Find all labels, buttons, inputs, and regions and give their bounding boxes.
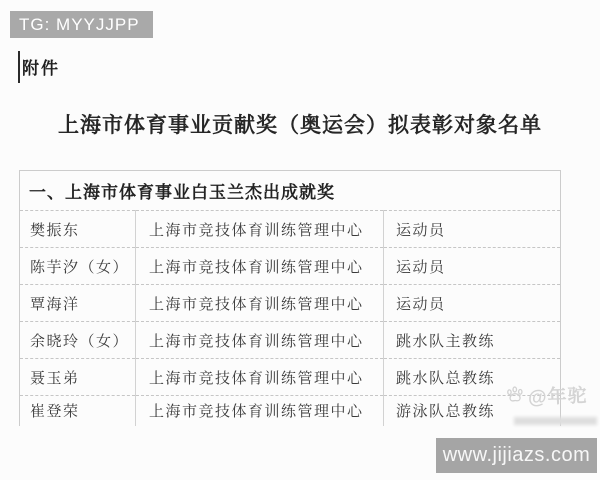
cell-organization: 上海市竞技体育训练管理中心 [136, 322, 384, 359]
cell-organization: 上海市竞技体育训练管理中心 [136, 285, 384, 322]
cell-role: 运动员 [384, 248, 561, 285]
cell-role: 跳水队主教练 [384, 322, 561, 359]
cell-name: 聂玉弟 [20, 359, 136, 396]
url-watermark-badge: www.jijiazs.com [436, 438, 597, 473]
table-row: 余晓玲（女） 上海市竞技体育训练管理中心 跳水队主教练 [20, 322, 561, 359]
paw-icon [505, 383, 526, 410]
cell-name: 陈芋汐（女） [20, 248, 136, 285]
cell-name: 樊振东 [20, 211, 136, 248]
table-row: 陈芋汐（女） 上海市竞技体育训练管理中心 运动员 [20, 248, 561, 285]
watermark-smudge [514, 417, 597, 425]
table-row: 樊振东 上海市竞技体育训练管理中心 运动员 [20, 211, 561, 248]
page-title: 上海市体育事业贡献奖（奥运会）拟表彰对象名单 [0, 109, 600, 139]
table-section-header: 一、上海市体育事业白玉兰杰出成就奖 [20, 171, 561, 211]
cell-name: 余晓玲（女） [20, 322, 136, 359]
cell-name: 覃海洋 [20, 285, 136, 322]
cell-organization: 上海市竞技体育训练管理中心 [136, 359, 384, 396]
attachment-label: 附件 [22, 54, 60, 79]
cell-role: 运动员 [384, 285, 561, 322]
table-row: 聂玉弟 上海市竞技体育训练管理中心 跳水队总教练 [20, 359, 561, 396]
side-watermark: @年驼 [505, 381, 588, 411]
cell-role: 运动员 [384, 211, 561, 248]
side-watermark-label: @年驼 [528, 381, 588, 410]
cell-organization: 上海市竞技体育训练管理中心 [136, 248, 384, 285]
table-row: 崔登荣 上海市竞技体育训练管理中心 游泳队总教练 [20, 396, 561, 426]
table-section-header-row: 一、上海市体育事业白玉兰杰出成就奖 [20, 171, 561, 211]
text-cursor [18, 51, 20, 83]
tg-watermark-badge: TG: MYYJJPP [10, 11, 153, 38]
cell-organization: 上海市竞技体育训练管理中心 [136, 396, 384, 426]
cell-organization: 上海市竞技体育训练管理中心 [136, 211, 384, 248]
cell-name: 崔登荣 [20, 396, 136, 426]
table-row: 覃海洋 上海市竞技体育训练管理中心 运动员 [20, 285, 561, 322]
award-table: 一、上海市体育事业白玉兰杰出成就奖 樊振东 上海市竞技体育训练管理中心 运动员 … [19, 170, 561, 426]
